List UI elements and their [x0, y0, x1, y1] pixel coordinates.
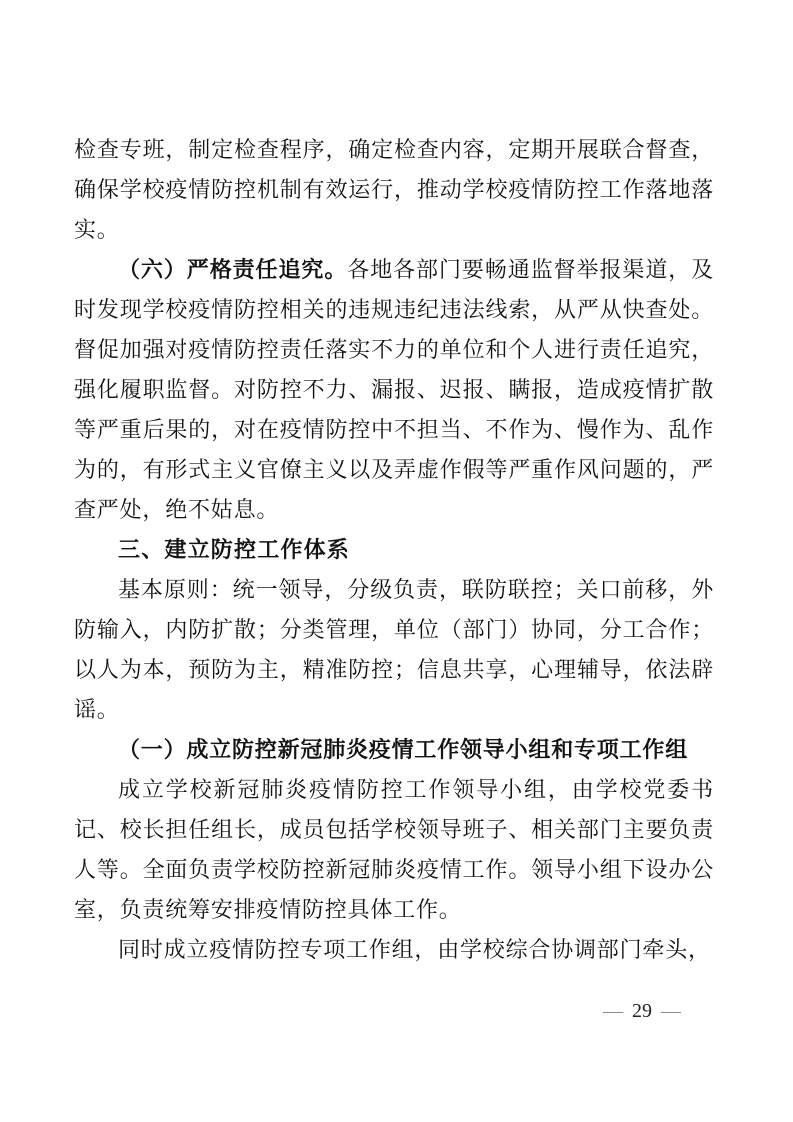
- paragraph-principles: 基本原则：统一领导，分级负责，联防联控；关口前移，外防输入，内防扩散；分类管理，…: [74, 570, 714, 730]
- page-number: 29: [632, 1000, 652, 1023]
- document-page: 检查专班，制定检查程序，确定检查内容，定期开展联合督查，确保学校疫情防控机制有效…: [0, 0, 793, 1122]
- footer-dash-left: —: [603, 1000, 623, 1023]
- document-body: 检查专班，制定检查程序，确定检查内容，定期开展联合督查，确保学校疫情防控机制有效…: [74, 130, 714, 970]
- section-6-lead: （六）严格责任追究。: [118, 257, 347, 282]
- section-6-body: 各地各部门要畅通监督举报渠道，及时发现学校疫情防控相关的违规违纪违法线索，从严从…: [74, 257, 714, 522]
- subheading-1: （一）成立防控新冠肺炎疫情工作领导小组和专项工作组: [74, 730, 714, 770]
- paragraph-special-group: 同时成立疫情防控专项工作组，由学校综合协调部门牵头，: [74, 930, 714, 970]
- paragraph-leading-group: 成立学校新冠肺炎疫情防控工作领导小组，由学校党委书记、校长担任组长，成员包括学校…: [74, 770, 714, 930]
- page-footer: — 29 —: [603, 1000, 681, 1023]
- heading-part-3: 三、建立防控工作体系: [74, 530, 714, 570]
- footer-dash-right: —: [661, 1000, 681, 1023]
- paragraph-section-6: （六）严格责任追究。各地各部门要畅通监督举报渠道，及时发现学校疫情防控相关的违规…: [74, 250, 714, 530]
- paragraph-continuation: 检查专班，制定检查程序，确定检查内容，定期开展联合督查，确保学校疫情防控机制有效…: [74, 130, 714, 250]
